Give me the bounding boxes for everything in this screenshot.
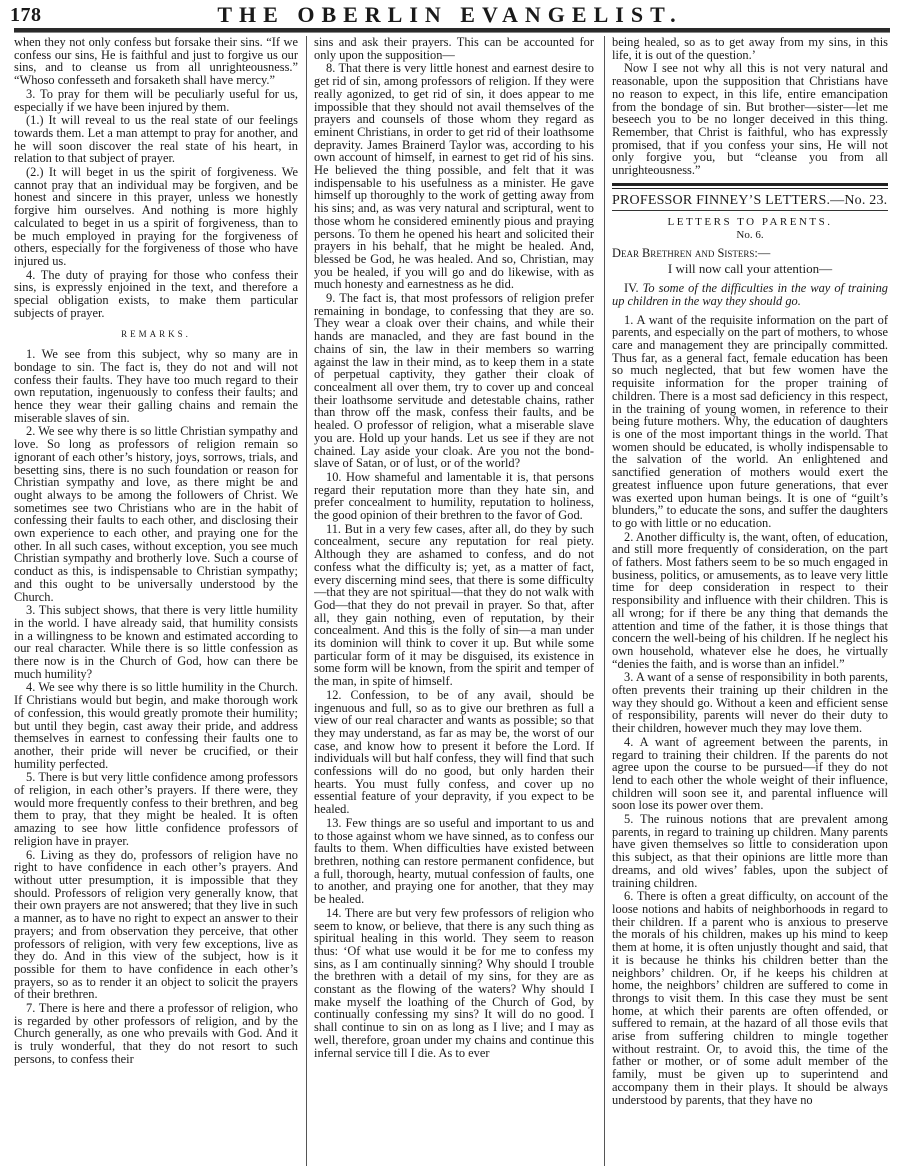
paragraph: 4. The duty of praying for those who con… xyxy=(14,269,298,320)
paragraph: 2. We see why there is so little Christi… xyxy=(14,425,298,603)
letter-number: No. 6. xyxy=(612,229,888,242)
column-3: being healed, so as to get away from my … xyxy=(612,36,888,1166)
paragraph: Now I see not why all this is not very n… xyxy=(612,62,888,176)
paragraph: 3. This subject shows, that there is ver… xyxy=(14,604,298,680)
article-body: 1. A want of the requisite information o… xyxy=(612,314,888,1107)
article-separator xyxy=(612,183,888,189)
section-heading-text: To some of the difficulties in the way o… xyxy=(612,281,888,308)
paragraph: when they not only confess but forsake t… xyxy=(14,36,298,87)
paragraph: 4. We see why there is so little humilit… xyxy=(14,681,298,770)
newspaper-title: THE OBERLIN EVANGELIST. xyxy=(140,2,760,28)
paragraph: 3. A want of a sense of responsibility i… xyxy=(612,671,888,735)
header-rule xyxy=(14,28,890,33)
paragraph: 6. There is often a great difficulty, on… xyxy=(612,890,888,1106)
paragraph: 6. Living as they do, professors of reli… xyxy=(14,849,298,1001)
title-rule xyxy=(612,210,888,211)
paragraph: 11. But in a very few cases, after all, … xyxy=(314,523,594,688)
article-title: PROFESSOR FINNEY’S LETTERS.—No. 23. xyxy=(612,195,888,208)
column-2-body: sins and ask their prayers. This can be … xyxy=(314,36,594,1059)
column-divider xyxy=(604,36,605,1166)
remarks-list: 1. We see from this subject, why so many… xyxy=(14,348,298,1065)
column-1: when they not only confess but forsake t… xyxy=(14,36,298,1166)
page-columns: when they not only confess but forsake t… xyxy=(14,36,886,1166)
paragraph: 10. How shameful and lamentable it is, t… xyxy=(314,471,594,522)
masthead: 178 THE OBERLIN EVANGELIST. xyxy=(0,0,900,28)
paragraph: 5. The ruinous notions that are prevalen… xyxy=(612,813,888,889)
paragraph: 2. Another difficulty is, the want, ofte… xyxy=(612,531,888,671)
paragraph: 12. Confession, to be of any avail, shou… xyxy=(314,689,594,816)
paragraph: (1.) It will reveal to us the real state… xyxy=(14,114,298,165)
paragraph: 1. A want of the requisite information o… xyxy=(612,314,888,530)
remarks-heading: REMARKS. xyxy=(14,328,298,341)
paragraph: sins and ask their prayers. This can be … xyxy=(314,36,594,61)
paragraph: 13. Few things are so useful and importa… xyxy=(314,817,594,906)
paragraph: 14. There are but very few professors of… xyxy=(314,907,594,1059)
article-subtitle: LETTERS TO PARENTS. xyxy=(612,216,888,229)
paragraph: 3. To pray for them will be peculiarly u… xyxy=(14,88,298,113)
paragraph: 5. There is but very little confidence a… xyxy=(14,771,298,847)
attention-line: I will now call your attention— xyxy=(612,263,888,276)
paragraph: being healed, so as to get away from my … xyxy=(612,36,888,61)
column-2: sins and ask their prayers. This can be … xyxy=(314,36,594,1166)
paragraph: 9. The fact is, that most professors of … xyxy=(314,292,594,470)
paragraph: 1. We see from this subject, why so many… xyxy=(14,348,298,424)
paragraph: (2.) It will beget in us the spirit of f… xyxy=(14,166,298,268)
page-number: 178 xyxy=(10,4,42,27)
paragraph: 8. That there is very little honest and … xyxy=(314,62,594,291)
section-heading: IV. To some of the difficulties in the w… xyxy=(612,282,888,307)
column-divider xyxy=(306,36,307,1166)
paragraph: 7. There is here and there a professor o… xyxy=(14,1002,298,1066)
salutation: Dear Brethren and Sisters:— xyxy=(612,247,888,260)
paragraph: 4. A want of agreement between the paren… xyxy=(612,736,888,812)
column-1-body: when they not only confess but forsake t… xyxy=(14,36,298,319)
column-3-body: being healed, so as to get away from my … xyxy=(612,36,888,177)
